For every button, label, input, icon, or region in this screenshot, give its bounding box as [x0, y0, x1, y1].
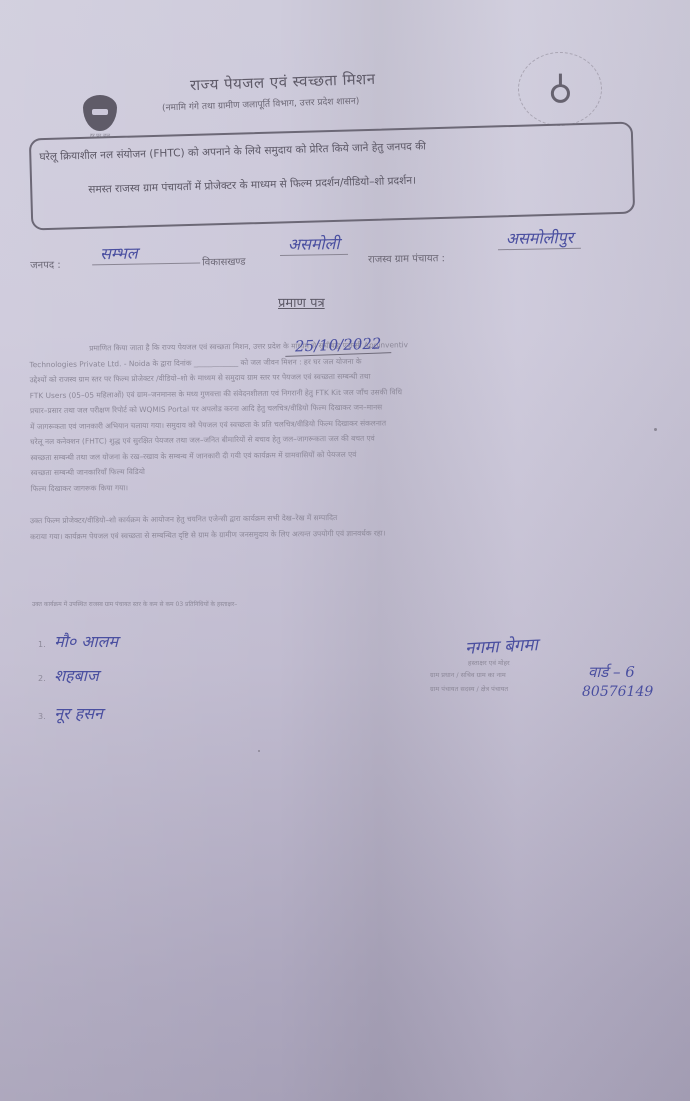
certificate-paragraph-1: प्रमाणित किया जाता है कि राज्य पेयजल एवं…: [29, 335, 641, 496]
panchayat-label: राजस्व ग्राम पंचायत :: [368, 250, 445, 265]
witness-number: 1.: [38, 640, 46, 649]
ink-mark: [654, 428, 657, 431]
witness-name: शहबाज: [54, 666, 99, 685]
sign-label: हस्ताक्षर एवं मोहर: [468, 658, 510, 667]
witness-signature-1: 1. मौ० आलम: [38, 630, 118, 652]
panchayat-field[interactable]: असमोलीपुर: [498, 226, 582, 250]
banner-line-1: घरेलू क्रियाशील नल संयोजन (FHTC) को अपना…: [39, 139, 426, 164]
up-govt-emblem-icon: ⚲: [548, 69, 573, 109]
program-banner: घरेलू क्रियाशील नल संयोजन (FHTC) को अपना…: [29, 122, 635, 231]
witness-signature-2: 2. शहबाज: [38, 664, 99, 686]
program-date-field[interactable]: 25/10/2022: [285, 334, 392, 357]
phone-number: 80576149: [582, 684, 653, 700]
document-subtitle: (नमामि गंगे तथा ग्रामीण जलापूर्ति विभाग,…: [162, 94, 360, 114]
document-title: राज्य पेयजल एवं स्वच्छता मिशन: [190, 69, 376, 95]
ward-value: वार्ड – 6: [588, 662, 635, 682]
role-2-label: ग्राम पंचायत सदस्य / क्षेत्र पंचायत: [430, 684, 508, 693]
witness-name: मौ० आलम: [54, 632, 118, 651]
banner-line-2: समस्त राजस्व ग्राम पंचायतों में प्रोजेक्…: [88, 174, 416, 197]
up-govt-emblem: ⚲: [518, 52, 602, 126]
certificate-heading: प्रमाण पत्र: [278, 293, 325, 311]
authority-signature: नगमा बेगमा: [464, 632, 538, 659]
witness-number: 3.: [38, 712, 46, 721]
signature-intro: उक्त कार्यक्रम में उपस्थित राजस्व ग्राम …: [32, 600, 352, 610]
district-field[interactable]: सम्भल: [92, 240, 200, 265]
witness-signature-3: 3. नूर हसन: [38, 702, 103, 724]
ink-mark: [258, 750, 260, 752]
water-drop-tap-icon: [83, 95, 117, 131]
district-label: जनपद :: [30, 257, 61, 272]
certificate-paragraph-2: उक्त फिल्म प्रोजेक्टर/वीडियो–शो कार्यक्र…: [30, 507, 640, 544]
role-1-label: ग्राम प्रधान / सचिव ग्राम का नाम: [430, 670, 506, 679]
block-field[interactable]: असमोली: [280, 232, 348, 256]
witness-name: नूर हसन: [54, 704, 103, 723]
location-fields: जनपद : सम्भल विकासखण्ड असमोली राजस्व ग्र…: [30, 233, 650, 274]
witness-number: 2.: [38, 674, 46, 683]
block-label: विकासखण्ड: [202, 254, 246, 269]
